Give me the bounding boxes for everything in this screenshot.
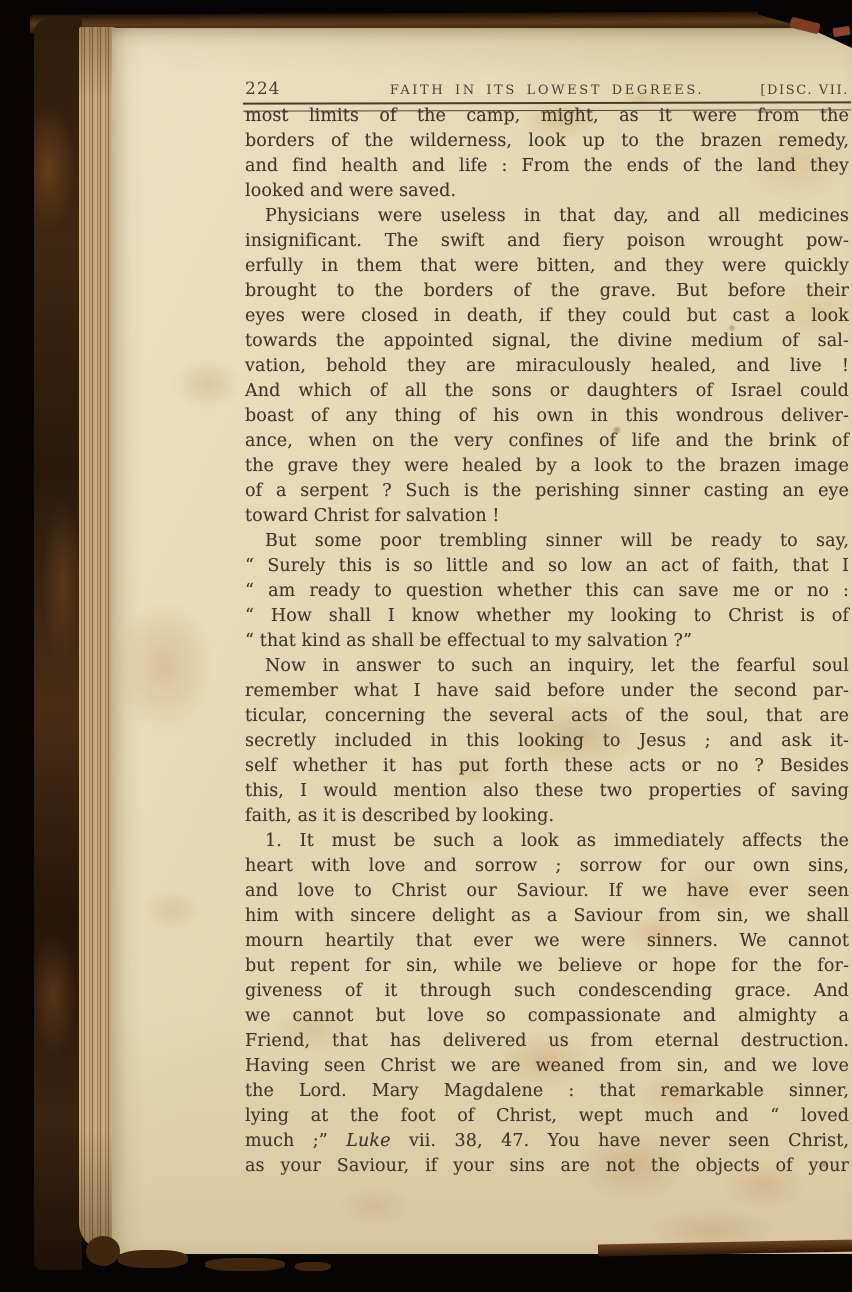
italic-citation: Luke (346, 1131, 390, 1151)
text-line: Having seen Christ we are weaned from si… (245, 1054, 849, 1079)
text-line: insignificant. The swift and fiery poiso… (245, 229, 849, 254)
text-line: ticular, concerning the several acts of … (245, 704, 849, 729)
cover-corner-blob (295, 1262, 331, 1271)
text-line: boast of any thing of his own in this wo… (245, 404, 849, 429)
text-line: giveness of it through such condescendin… (245, 979, 849, 1004)
text-line: him with sincere delight as a Saviour fr… (245, 904, 849, 929)
text-line: “ How shall I know whether my looking to… (245, 604, 849, 629)
text-line: And which of all the sons or daughters o… (245, 379, 849, 404)
page-header: 224 FAITH IN ITS LOWEST DEGREES. [DISC. … (245, 75, 849, 99)
text-line: brought to the borders of the grave. But… (245, 279, 849, 304)
paper-page: 224 FAITH IN ITS LOWEST DEGREES. [DISC. … (112, 28, 852, 1254)
text-line: and find health and life : From the ends… (245, 154, 849, 179)
text-line: we cannot but love so compassionate and … (245, 1004, 849, 1029)
text-line: towards the appointed signal, the divine… (245, 329, 849, 354)
text-line: much ;” Luke vii. 38, 47. You have never… (245, 1129, 849, 1154)
text-line: eyes were closed in death, if they could… (245, 304, 849, 329)
text-line: and love to Christ our Saviour. If we ha… (245, 879, 849, 904)
text-line: Friend, that has delivered us from etern… (245, 1029, 849, 1054)
text-line: Now in answer to such an inquiry, let th… (245, 654, 849, 679)
text-line: as your Saviour, if your sins are not th… (245, 1154, 849, 1179)
text-line: the Lord. Mary Magdalene : that remarkab… (245, 1079, 849, 1104)
section-label: [DISC. VII. (760, 83, 849, 98)
text-line: this, I would mention also these two pro… (245, 779, 849, 804)
text-line: secretly included in this looking to Jes… (245, 729, 849, 754)
cover-corner-blob (118, 1250, 188, 1268)
running-head: FAITH IN ITS LOWEST DEGREES. (245, 83, 849, 98)
text-line: 1. It must be such a look as immediately… (245, 829, 849, 854)
text-line: the grave they were healed by a look to … (245, 454, 849, 479)
text-line: most limits of the camp, might, as it we… (245, 104, 849, 129)
text-line: of a serpent ? Such is the perishing sin… (245, 479, 849, 504)
cover-corner-blob (86, 1236, 120, 1266)
text-line: faith, as it is described by looking. (245, 804, 849, 829)
cover-corner-blob (205, 1258, 285, 1271)
text-line: “ that kind as shall be effectual to my … (245, 629, 849, 654)
text-line: borders of the wilderness, look up to th… (245, 129, 849, 154)
text-line: looked and were saved. (245, 179, 849, 204)
text-segment: vii. 38, 47. You have never seen Christ, (391, 1131, 849, 1151)
text-line: ance, when on the very confines of life … (245, 429, 849, 454)
text-line: “ Surely this is so little and so low an… (245, 554, 849, 579)
text-line: heart with love and sorrow ; sorrow for … (245, 854, 849, 879)
text-line: mourn heartily that ever we were sinners… (245, 929, 849, 954)
book-page-scan: 224 FAITH IN ITS LOWEST DEGREES. [DISC. … (0, 0, 852, 1292)
text-line: remember what I have said before under t… (245, 679, 849, 704)
text-line: self whether it has put forth these acts… (245, 754, 849, 779)
text-line: Physicians were useless in that day, and… (245, 204, 849, 229)
text-line: vation, behold they are miraculously hea… (245, 354, 849, 379)
text-line: erfully in them that were bitten, and th… (245, 254, 849, 279)
text-line: toward Christ for salvation ! (245, 504, 849, 529)
text-line: “ am ready to question whether this can … (245, 579, 849, 604)
body-text-block: most limits of the camp, might, as it we… (245, 104, 849, 1179)
book-spine (34, 18, 82, 1270)
text-line: But some poor trembling sinner will be r… (245, 529, 849, 554)
text-segment: much ;” (245, 1131, 346, 1151)
text-line: lying at the foot of Christ, wept much a… (245, 1104, 849, 1129)
page-edge-striations (79, 27, 115, 1251)
text-line: but repent for sin, while we believe or … (245, 954, 849, 979)
